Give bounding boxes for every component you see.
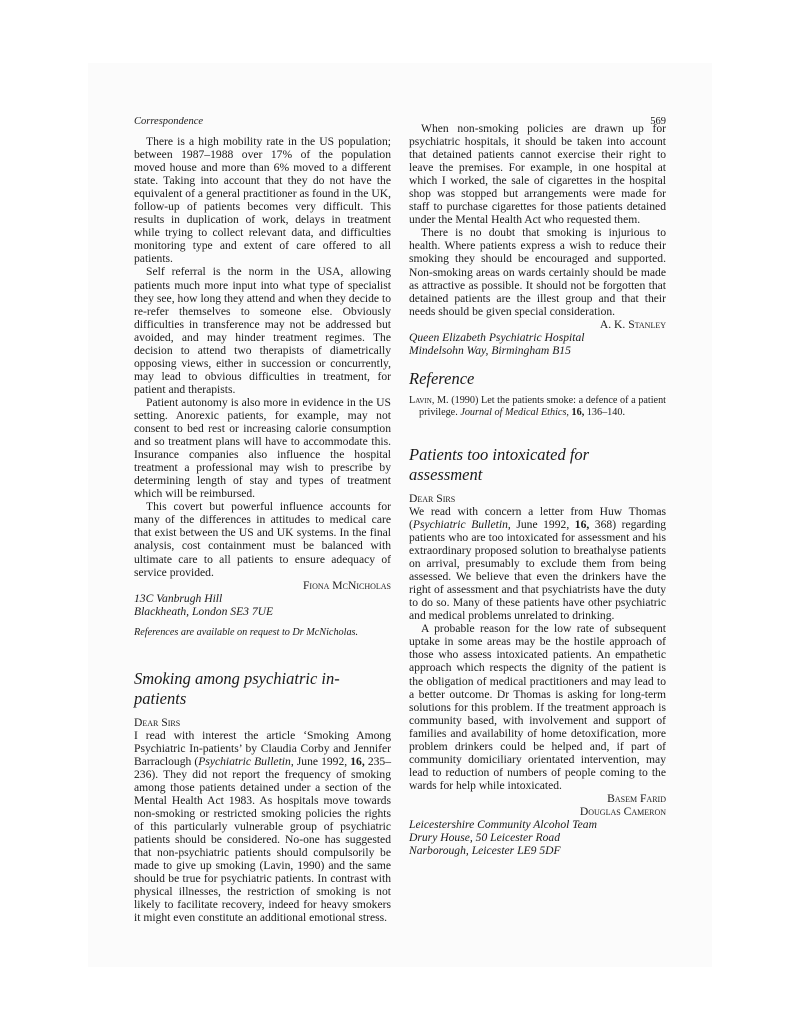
paragraph: A probable reason for the low rate of su…	[409, 622, 666, 792]
salutation: Dear Sirs	[134, 716, 391, 729]
letter-smoking-continued: When non-smoking policies are drawn up f…	[409, 122, 666, 419]
reference-entry: Lavin, M. (1990) Let the patients smoke:…	[409, 395, 666, 419]
letter-smoking: Smoking among psychiatric in-patients De…	[134, 669, 391, 925]
paragraph: This covert but powerful influence accou…	[134, 500, 391, 578]
paragraph: I read with interest the article ‘Smokin…	[134, 729, 391, 925]
right-column: When non-smoking policies are drawn up f…	[409, 135, 666, 857]
paragraph: When non-smoking policies are drawn up f…	[409, 122, 666, 226]
reference-heading: Reference	[409, 369, 666, 389]
paragraph: We read with concern a letter from Huw T…	[409, 505, 666, 622]
paragraph: Self referral is the norm in the USA, al…	[134, 265, 391, 395]
journal-name: Journal of Medical Ethics	[460, 407, 566, 418]
letter-intoxicated: Patients too intoxicated for assessment …	[409, 445, 666, 857]
reference-author: Lavin, M.	[409, 395, 449, 406]
salutation: Dear Sirs	[409, 492, 666, 505]
address-line: 13C Vanbrugh Hill	[134, 592, 391, 605]
address-line: Mindelsohn Way, Birmingham B15	[409, 344, 666, 357]
author-signature: Basem Farid	[409, 792, 666, 805]
paragraph: There is a high mobility rate in the US …	[134, 135, 391, 265]
left-column: There is a high mobility rate in the US …	[134, 135, 391, 925]
address-line: Blackheath, London SE3 7UE	[134, 605, 391, 618]
references-note: References are available on request to D…	[134, 626, 391, 639]
author-signature: A. K. Stanley	[409, 318, 666, 331]
author-signature: Fiona McNicholas	[134, 579, 391, 592]
address-line: Leicestershire Community Alcohol Team	[409, 818, 666, 831]
paragraph: Patient autonomy is also more in evidenc…	[134, 396, 391, 500]
paragraph: There is no doubt that smoking is injuri…	[409, 226, 666, 317]
article-title: Patients too intoxicated for assessment	[409, 445, 666, 485]
address-line: Narborough, Leicester LE9 5DF	[409, 844, 666, 857]
volume-number: 16,	[350, 755, 365, 768]
article-title: Smoking among psychiatric in-patients	[134, 669, 391, 709]
volume-number: 16,	[572, 407, 585, 418]
volume-number: 16,	[575, 518, 590, 531]
section-title: Correspondence	[134, 116, 203, 127]
address-line: Queen Elizabeth Psychiatric Hospital	[409, 331, 666, 344]
journal-name: Psychiatric Bulletin	[198, 755, 291, 768]
author-signature: Douglas Cameron	[409, 805, 666, 818]
address-line: Drury House, 50 Leicester Road	[409, 831, 666, 844]
journal-name: Psychiatric Bulletin	[413, 518, 508, 531]
letter-mcnicholas: There is a high mobility rate in the US …	[134, 135, 391, 639]
